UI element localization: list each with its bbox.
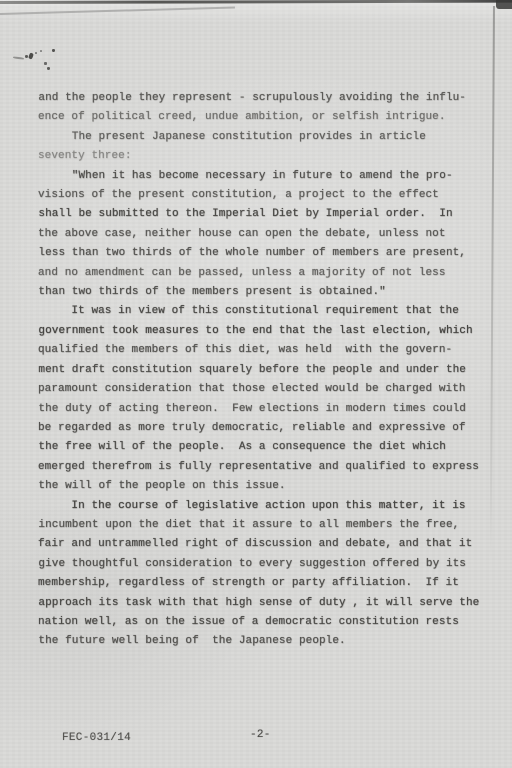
text-line: emerged therefrom is fully representativ…	[38, 458, 488, 477]
text-line: paramount consideration that those elect…	[38, 380, 488, 399]
pencil-dot	[44, 62, 47, 65]
text-line: the duty of acting thereon. Few election…	[38, 400, 488, 419]
text-line: In the course of legislative action upon…	[38, 497, 488, 516]
text-line: "When it has become necessary in future …	[38, 167, 488, 186]
text-line: seventy three:	[38, 147, 488, 166]
scan-edge-top	[0, 0, 512, 4]
text-line: The present Japanese constitution provid…	[38, 128, 488, 147]
paper-crease-line	[490, 6, 495, 561]
page-footer: FEC-031/14 -2-	[0, 727, 512, 743]
pencil-dot	[52, 49, 55, 52]
text-line: and the people they represent - scrupulo…	[38, 89, 488, 108]
text-line: approach its task with that high sense o…	[38, 594, 488, 613]
text-line: shall be submitted to the Imperial Diet …	[38, 205, 488, 224]
text-line: the future well being of the Japanese pe…	[38, 632, 488, 651]
text-line: give thoughtful consideration to every s…	[38, 555, 488, 574]
text-line: fair and untrammelled right of discussio…	[38, 535, 488, 554]
text-line: the free will of the people. As a conseq…	[38, 438, 488, 457]
document-reference-number: FEC-031/14	[62, 732, 131, 744]
text-line: than two thirds of the members present i…	[38, 283, 488, 302]
text-line: nation well, as on the issue of a democr…	[38, 613, 488, 632]
pencil-dot	[35, 52, 37, 54]
document-page: and the people they represent - scrupulo…	[0, 0, 512, 768]
text-line: incumbent upon the diet that it assure t…	[38, 516, 488, 535]
pencil-dot	[40, 50, 42, 52]
text-line: ence of political creed, undue ambition,…	[38, 108, 488, 127]
text-line: qualified the members of this diet, was …	[38, 341, 488, 360]
pencil-dot	[47, 67, 50, 70]
text-line: be regarded as more truly democratic, re…	[38, 419, 488, 438]
page-number: -2-	[250, 729, 271, 741]
pencil-stroke	[13, 56, 24, 59]
text-line: and no amendment can be passed, unless a…	[38, 264, 488, 283]
text-line: the above case, neither house can open t…	[38, 225, 488, 244]
scan-corner-mark	[496, 0, 512, 9]
typewritten-text: and the people they represent - scrupulo…	[38, 89, 488, 652]
text-line: It was in view of this constitutional re…	[38, 302, 488, 321]
text-line: membership, regardless of strength or pa…	[38, 574, 488, 593]
scan-edge-top-secondary	[0, 6, 235, 14]
text-line: less than two thirds of the whole number…	[38, 244, 488, 263]
text-line: visions of the present constitution, a p…	[38, 186, 488, 205]
pencil-stroke	[28, 52, 34, 59]
text-line: government took measures to the end that…	[38, 322, 488, 341]
text-line: the will of the people on this issue.	[38, 477, 488, 496]
text-line: ment draft constitution squarely before …	[38, 361, 488, 380]
